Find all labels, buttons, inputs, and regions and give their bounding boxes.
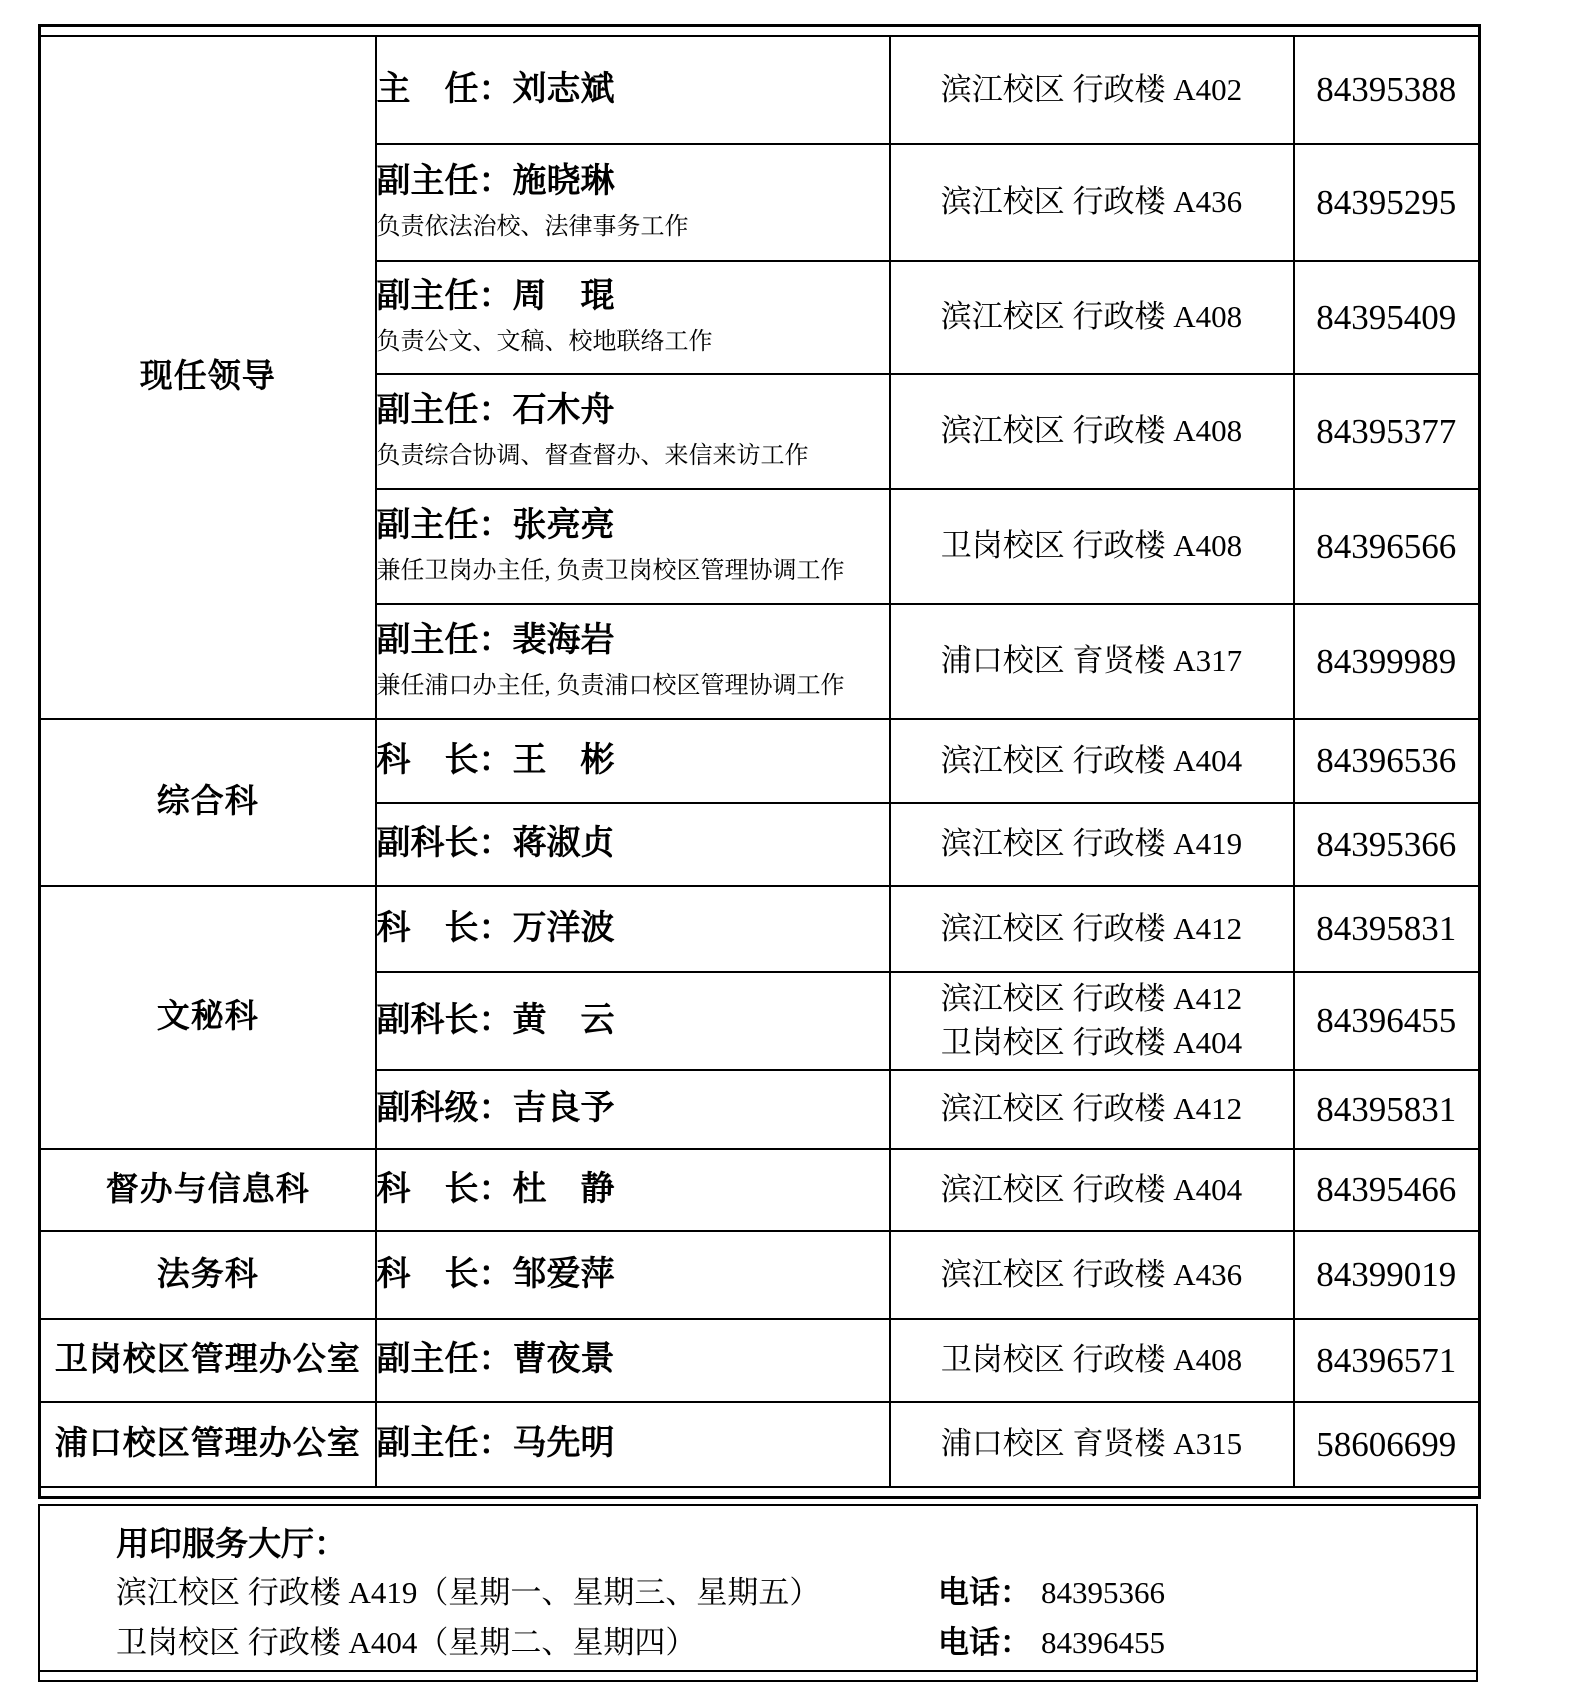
position-cell: 副科长：蒋淑贞 (376, 803, 890, 886)
position-title: 副主任：施晓琳 (377, 160, 889, 204)
location-line: 滨江校区 行政楼 A436 (891, 180, 1293, 224)
duty-note: 负责公文、文稿、校地联络工作 (377, 325, 889, 360)
position-title: 副主任：张亮亮 (377, 504, 889, 548)
phone-cell: 84396455 (1294, 972, 1480, 1070)
table-row: 浦口校区管理办公室 副主任：马先明 浦口校区 育贤楼 A315 58606699 (40, 1402, 1480, 1487)
position-cell: 科 长：邹爱萍 (376, 1231, 890, 1319)
position-cell: 副主任：马先明 (376, 1402, 890, 1487)
position-title: 科 长：杜 静 (377, 1168, 889, 1212)
phone-cell: 84395466 (1294, 1149, 1480, 1231)
location-line: 卫岗校区 行政楼 A404 (891, 1021, 1293, 1065)
position-cell: 副主任：石木舟 负责综合协调、督查督办、来信来访工作 (376, 374, 890, 489)
table-top-strip (40, 26, 1480, 37)
position-cell: 副主任：曹夜景 (376, 1319, 890, 1402)
phone-cell: 84395831 (1294, 1070, 1480, 1149)
location-cell: 滨江校区 行政楼 A404 (890, 719, 1294, 803)
location-line: 滨江校区 行政楼 A404 (891, 739, 1293, 783)
position-cell: 副主任：张亮亮 兼任卫岗办主任, 负责卫岗校区管理协调工作 (376, 489, 890, 604)
location-cell: 滨江校区 行政楼 A404 (890, 1149, 1294, 1231)
phone-cell: 84395366 (1294, 803, 1480, 886)
position-title: 主 任：刘志斌 (377, 68, 889, 112)
contact-table: 现任领导 主 任：刘志斌 滨江校区 行政楼 A402 84395388 副主任：… (38, 24, 1481, 1499)
location-cell: 滨江校区 行政楼 A402 (890, 36, 1294, 144)
location-cell: 滨江校区 行政楼 A408 (890, 374, 1294, 489)
position-cell: 副主任：裴海岩 兼任浦口办主任, 负责浦口校区管理协调工作 (376, 604, 890, 719)
table-row: 综合科 科 长：王 彬 滨江校区 行政楼 A404 84396536 (40, 719, 1480, 803)
position-title: 副主任：石木舟 (377, 389, 889, 433)
location-line: 滨江校区 行政楼 A436 (891, 1253, 1293, 1297)
seal-service-line: 卫岗校区 行政楼 A404（星期二、星期四） 电话： 84396455 (116, 1618, 1476, 1668)
table-row: 现任领导 主 任：刘志斌 滨江校区 行政楼 A402 84395388 (40, 36, 1480, 144)
phone-number: 84396455 (1041, 1618, 1165, 1668)
location-line: 滨江校区 行政楼 A419 (891, 822, 1293, 866)
phone-cell: 84399989 (1294, 604, 1480, 719)
department-cell-secretarial: 文秘科 (40, 886, 376, 1149)
phone-label: 电话： (938, 1618, 1031, 1668)
department-cell-weigang-office: 卫岗校区管理办公室 (40, 1319, 376, 1402)
position-title: 副科级：吉良予 (377, 1087, 889, 1131)
position-cell: 科 长：王 彬 (376, 719, 890, 803)
table-row: 督办与信息科 科 长：杜 静 滨江校区 行政楼 A404 84395466 (40, 1149, 1480, 1231)
location-cell: 滨江校区 行政楼 A408 (890, 261, 1294, 374)
duty-note: 负责综合协调、督查督办、来信来访工作 (377, 439, 889, 474)
position-cell: 副主任：施晓琳 负责依法治校、法律事务工作 (376, 144, 890, 261)
location-cell: 滨江校区 行政楼 A412 (890, 886, 1294, 972)
table-row: 法务科 科 长：邹爱萍 滨江校区 行政楼 A436 84399019 (40, 1231, 1480, 1319)
phone-cell: 84399019 (1294, 1231, 1480, 1319)
department-cell-general: 综合科 (40, 719, 376, 886)
location-cell: 滨江校区 行政楼 A419 (890, 803, 1294, 886)
position-cell: 科 长：杜 静 (376, 1149, 890, 1231)
department-cell-leadership: 现任领导 (40, 36, 376, 719)
location-line: 滨江校区 行政楼 A412 (891, 1087, 1293, 1131)
service-location: 卫岗校区 行政楼 A404（星期二、星期四） (116, 1618, 938, 1668)
location-line: 滨江校区 行政楼 A412 (891, 907, 1293, 951)
department-cell-pukou-office: 浦口校区管理办公室 (40, 1402, 376, 1487)
position-title: 副主任：周 琨 (377, 275, 889, 319)
position-title: 副科长：黄 云 (377, 999, 889, 1043)
phone-cell: 84395377 (1294, 374, 1480, 489)
seal-service-panel: 用印服务大厅： 滨江校区 行政楼 A419（星期一、星期三、星期五） 电话： 8… (38, 1504, 1478, 1682)
phone-cell: 84396566 (1294, 489, 1480, 604)
phone-cell: 84395295 (1294, 144, 1480, 261)
location-line: 浦口校区 育贤楼 A315 (891, 1422, 1293, 1466)
position-title: 科 长：万洋波 (377, 907, 889, 951)
duty-note: 兼任浦口办主任, 负责浦口校区管理协调工作 (377, 669, 889, 704)
table-row: 文秘科 科 长：万洋波 滨江校区 行政楼 A412 84395831 (40, 886, 1480, 972)
position-cell: 主 任：刘志斌 (376, 36, 890, 144)
location-line: 卫岗校区 行政楼 A408 (891, 524, 1293, 568)
location-cell: 滨江校区 行政楼 A436 (890, 1231, 1294, 1319)
footer-bottom-strip (40, 1670, 1476, 1680)
phone-number: 84395366 (1041, 1568, 1165, 1618)
location-cell: 卫岗校区 行政楼 A408 (890, 489, 1294, 604)
table-bottom-strip (40, 1487, 1480, 1498)
department-cell-legal: 法务科 (40, 1231, 376, 1319)
contact-directory-page: 现任领导 主 任：刘志斌 滨江校区 行政楼 A402 84395388 副主任：… (0, 0, 1586, 1707)
position-title: 科 长：王 彬 (377, 739, 889, 783)
position-title: 科 长：邹爱萍 (377, 1253, 889, 1297)
position-title: 副主任：曹夜景 (377, 1338, 889, 1382)
table-top-strip-cell (40, 26, 1480, 37)
location-cell: 浦口校区 育贤楼 A317 (890, 604, 1294, 719)
table-row: 卫岗校区管理办公室 副主任：曹夜景 卫岗校区 行政楼 A408 84396571 (40, 1319, 1480, 1402)
location-line: 卫岗校区 行政楼 A408 (891, 1338, 1293, 1382)
position-title: 副主任：马先明 (377, 1422, 889, 1466)
position-title: 副主任：裴海岩 (377, 619, 889, 663)
position-cell: 科 长：万洋波 (376, 886, 890, 972)
location-cell: 浦口校区 育贤楼 A315 (890, 1402, 1294, 1487)
department-cell-supervision: 督办与信息科 (40, 1149, 376, 1231)
location-cell: 滨江校区 行政楼 A412 卫岗校区 行政楼 A404 (890, 972, 1294, 1070)
location-line: 浦口校区 育贤楼 A317 (891, 639, 1293, 683)
location-cell: 滨江校区 行政楼 A436 (890, 144, 1294, 261)
location-line: 滨江校区 行政楼 A404 (891, 1168, 1293, 1212)
seal-service-heading: 用印服务大厅： (116, 1520, 1476, 1568)
position-cell: 副科长：黄 云 (376, 972, 890, 1070)
location-cell: 滨江校区 行政楼 A412 (890, 1070, 1294, 1149)
phone-cell: 84395388 (1294, 36, 1480, 144)
location-cell: 卫岗校区 行政楼 A408 (890, 1319, 1294, 1402)
table-bottom-strip-cell (40, 1487, 1480, 1498)
phone-label: 电话： (938, 1568, 1031, 1618)
phone-cell: 84395409 (1294, 261, 1480, 374)
phone-cell: 84396536 (1294, 719, 1480, 803)
location-line: 滨江校区 行政楼 A408 (891, 409, 1293, 453)
service-location: 滨江校区 行政楼 A419（星期一、星期三、星期五） (116, 1568, 938, 1618)
position-title: 副科长：蒋淑贞 (377, 822, 889, 866)
duty-note: 负责依法治校、法律事务工作 (377, 210, 889, 245)
phone-cell: 84396571 (1294, 1319, 1480, 1402)
seal-service-line: 滨江校区 行政楼 A419（星期一、星期三、星期五） 电话： 84395366 (116, 1568, 1476, 1618)
location-line: 滨江校区 行政楼 A402 (891, 68, 1293, 112)
location-line: 滨江校区 行政楼 A412 (891, 977, 1293, 1021)
duty-note: 兼任卫岗办主任, 负责卫岗校区管理协调工作 (377, 554, 889, 589)
phone-cell: 58606699 (1294, 1402, 1480, 1487)
position-cell: 副科级：吉良予 (376, 1070, 890, 1149)
position-cell: 副主任：周 琨 负责公文、文稿、校地联络工作 (376, 261, 890, 374)
location-line: 滨江校区 行政楼 A408 (891, 295, 1293, 339)
phone-cell: 84395831 (1294, 886, 1480, 972)
